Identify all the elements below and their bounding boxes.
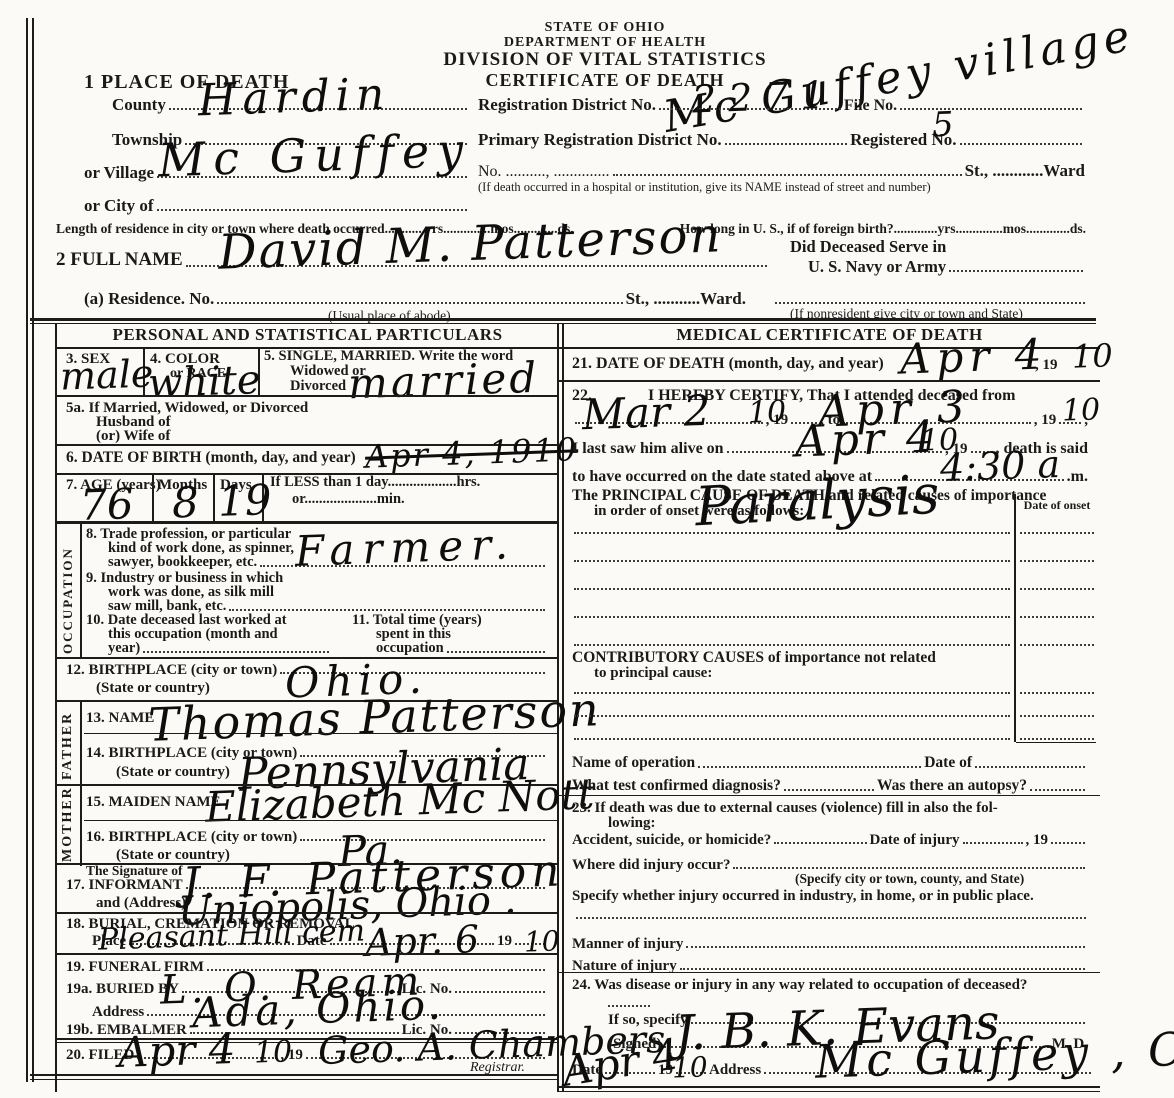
binding-line bbox=[32, 18, 34, 1082]
cause-line bbox=[574, 586, 1010, 590]
dob-label: 6. DATE OF BIRTH (month, day, and year) bbox=[66, 450, 356, 467]
registration-district-label: Registration District No. bbox=[478, 96, 656, 114]
leader bbox=[455, 989, 545, 993]
leader bbox=[963, 840, 1023, 844]
mother-side-label: MOTHER bbox=[60, 788, 76, 862]
leader bbox=[960, 141, 1083, 145]
foreign-birth-label: How long in U. S., if of foreign birth?.… bbox=[680, 222, 1086, 237]
leader bbox=[680, 966, 1085, 970]
abode-note: (Usual place of abode) bbox=[328, 309, 451, 324]
street-no-label: No. .........., .............. bbox=[478, 163, 610, 180]
test-label: What test confirmed diagnosis? bbox=[572, 778, 781, 795]
contributory-line bbox=[574, 736, 1010, 740]
accident-label: Accident, suicide, or homicide? bbox=[572, 832, 771, 848]
married-label-3: (or) Wife of bbox=[96, 428, 170, 444]
rule bbox=[30, 1074, 559, 1076]
age-months-value: 8 bbox=[171, 482, 199, 525]
rule bbox=[30, 318, 1096, 321]
blank-line bbox=[608, 1003, 650, 1007]
village-label: or Village bbox=[84, 164, 154, 182]
service-label-1: Did Deceased Serve in bbox=[790, 238, 946, 256]
registration-district-value: 2271 bbox=[691, 75, 837, 118]
cause-line bbox=[574, 614, 1010, 618]
state-title: STATE OF OHIO bbox=[390, 20, 820, 35]
date-of-death-value: Apr 4 bbox=[899, 333, 1048, 380]
leader bbox=[686, 944, 1085, 948]
leader bbox=[447, 649, 545, 653]
injury-date-label: Date of injury bbox=[870, 832, 960, 848]
manner-of-injury-label: Manner of injury bbox=[572, 936, 683, 952]
leader bbox=[698, 764, 921, 768]
rule bbox=[1016, 742, 1096, 743]
registered-no-value: 5 bbox=[931, 108, 954, 143]
date-of-label: Date of bbox=[924, 755, 972, 772]
leader bbox=[775, 300, 1085, 304]
onset-line bbox=[1020, 736, 1094, 740]
am-label: .m. bbox=[1067, 468, 1088, 485]
leader bbox=[949, 268, 1083, 272]
occupation-related-label: 24. Was disease or injury in any way rel… bbox=[572, 977, 1094, 993]
rule bbox=[55, 953, 559, 955]
occupation-side-label: OCCUPATION bbox=[60, 530, 76, 654]
leader bbox=[1030, 787, 1085, 791]
less-than-label-2: or....................min. bbox=[292, 492, 405, 508]
birthplace-sub-label: (State or country) bbox=[96, 680, 210, 696]
father-name-value: Thomas Patterson bbox=[147, 686, 601, 748]
leader bbox=[157, 207, 467, 211]
autopsy-label: Was there an autopsy? bbox=[877, 778, 1027, 795]
color-value: white bbox=[147, 360, 261, 404]
specify-city-note: (Specify city or town, county, and State… bbox=[795, 872, 1024, 887]
leader bbox=[613, 172, 962, 176]
onset-column-divider bbox=[1014, 494, 1016, 742]
mother-birthplace-label: 16. BIRTHPLACE (city or town) bbox=[86, 829, 297, 845]
contributory-line bbox=[574, 713, 1010, 717]
leader bbox=[725, 141, 848, 145]
onset-line bbox=[1020, 614, 1094, 618]
contributory-line bbox=[574, 690, 1010, 694]
father-side-label: FATHER bbox=[60, 706, 76, 780]
residence-label: (a) Residence. No. bbox=[84, 290, 214, 308]
attended-from-value: Mar 2 bbox=[581, 390, 711, 436]
left-column-border bbox=[55, 324, 57, 1092]
rule bbox=[84, 733, 557, 734]
burial-date-value: Apr. 6 bbox=[364, 920, 479, 962]
death-certificate-page: STATE OF OHIO DEPARTMENT OF HEALTH DIVIS… bbox=[0, 0, 1174, 1098]
personal-title: PERSONAL AND STATISTICAL PARTICULARS bbox=[60, 326, 555, 344]
rule bbox=[557, 1091, 1100, 1092]
informant-label-3: and (Address) bbox=[96, 895, 186, 911]
attended-to-year-value: 10 bbox=[1061, 395, 1100, 426]
county-value: Hardin bbox=[197, 73, 391, 124]
filed-date-value: Apr 4 bbox=[117, 1028, 236, 1074]
sex-value: male bbox=[59, 354, 154, 395]
rule bbox=[557, 795, 1100, 796]
onset-line bbox=[1020, 586, 1094, 590]
leader bbox=[774, 840, 866, 844]
last-saw-value: Apr 4 bbox=[794, 416, 938, 465]
leader bbox=[1051, 840, 1085, 844]
onset-line bbox=[1020, 558, 1094, 562]
cause-of-death-value: Paralysis bbox=[694, 468, 941, 535]
cell-divider bbox=[152, 473, 154, 521]
trade-label-3: sawyer, bookkeeper, etc. bbox=[108, 555, 257, 571]
date-of-death-label: 21. DATE OF DEATH (month, day, and year) bbox=[572, 355, 884, 372]
last-worked-label-3: year) bbox=[108, 641, 140, 657]
st-ward-label: St., ............Ward bbox=[965, 162, 1085, 180]
leader bbox=[733, 865, 1085, 869]
father-birthplace-sub-label: (State or country) bbox=[116, 764, 230, 780]
cell-divider bbox=[80, 784, 82, 866]
rule bbox=[557, 1086, 1100, 1088]
mother-name-label: 15. MAIDEN NAME bbox=[86, 794, 221, 810]
county-label: County bbox=[112, 96, 166, 114]
operation-label: Name of operation bbox=[572, 755, 695, 772]
division-title: DIVISION OF VITAL STATISTICS bbox=[390, 50, 820, 71]
leader bbox=[900, 106, 1082, 110]
full-name-label: 2 FULL NAME bbox=[56, 250, 183, 271]
trade-value: Farmer. bbox=[294, 523, 516, 573]
external-causes-label-1: 23. If death was due to external causes … bbox=[572, 800, 1094, 816]
residence-st-ward-label: St., ...........Ward. bbox=[626, 290, 746, 308]
rule bbox=[55, 912, 559, 914]
contributory-label-2: to principal cause: bbox=[594, 665, 712, 681]
leader bbox=[143, 649, 329, 653]
marital-value: married bbox=[347, 357, 540, 406]
rule bbox=[84, 820, 557, 821]
cell-divider bbox=[80, 700, 82, 784]
last-saw-label: I last saw him alive on bbox=[572, 440, 724, 457]
signed-date-year-value: 10 bbox=[672, 1053, 709, 1082]
department-title: DEPARTMENT OF HEALTH bbox=[390, 35, 820, 50]
service-label-2: U. S. Navy or Army bbox=[808, 258, 946, 276]
birthplace-label: 12. BIRTHPLACE (city or town) bbox=[66, 662, 277, 678]
village-value: Mc Guffey bbox=[157, 127, 472, 184]
injury-19-label: , 19 bbox=[1026, 832, 1049, 848]
primary-registration-label: Primary Registration District No. bbox=[478, 131, 722, 149]
burial-19-label: 19 bbox=[497, 933, 512, 949]
father-name-label: 13. NAME bbox=[86, 710, 154, 726]
hospital-note: (If death occurred in a hospital or inst… bbox=[478, 181, 1092, 195]
informant-label-2: 17. INFORMANT bbox=[66, 877, 183, 893]
external-causes-label-2: lowing: bbox=[608, 815, 656, 831]
cell-divider bbox=[213, 473, 215, 521]
file-no-label: File No. bbox=[844, 97, 897, 114]
date-of-onset-label: Date of onset bbox=[1018, 499, 1096, 512]
where-injury-label: Where did injury occur? bbox=[572, 857, 730, 873]
marital-label-3: Divorced bbox=[290, 379, 346, 395]
cause-line bbox=[574, 530, 1010, 534]
leader bbox=[229, 607, 545, 611]
less-than-label-1: If LESS than 1 day...................hrs… bbox=[270, 475, 480, 491]
onset-line bbox=[1020, 713, 1094, 717]
city-label: or City of bbox=[84, 197, 154, 215]
buried-address-label: Address bbox=[92, 1004, 144, 1020]
rule bbox=[55, 395, 559, 397]
rule bbox=[557, 972, 1100, 973]
age-days-value: 19 bbox=[217, 479, 272, 523]
dob-value: Apr 4, 1910 bbox=[365, 433, 579, 472]
binding-line bbox=[26, 18, 28, 1082]
rule bbox=[30, 1079, 559, 1080]
industry-note: Specify whether injury occurred in indus… bbox=[572, 888, 1094, 904]
leader bbox=[975, 764, 1085, 768]
signed-address-label: Address bbox=[709, 1062, 761, 1078]
to-19-label: , 19 bbox=[1034, 412, 1057, 428]
dod-year-value: 10 bbox=[1071, 339, 1113, 372]
leader bbox=[217, 300, 622, 304]
rule bbox=[557, 380, 1100, 382]
registrar-label: Registrar. bbox=[470, 1060, 525, 1075]
signed-address-value: Mc Guffey , O. bbox=[814, 1025, 1174, 1085]
onset-line bbox=[1020, 690, 1094, 694]
onset-line bbox=[1020, 642, 1094, 646]
death-time-value: 4:30 a bbox=[939, 445, 1060, 487]
filed-year-value: 10 bbox=[253, 1037, 292, 1068]
cause-line bbox=[574, 558, 1010, 562]
onset-line bbox=[1020, 530, 1094, 534]
leader bbox=[784, 787, 874, 791]
attended-from-year-value: 10 bbox=[747, 397, 786, 428]
cause-line bbox=[574, 642, 1010, 646]
blank-line bbox=[576, 915, 1086, 919]
cell-divider bbox=[80, 524, 82, 657]
burial-place-value: Pleasant Hill cem bbox=[98, 916, 366, 955]
